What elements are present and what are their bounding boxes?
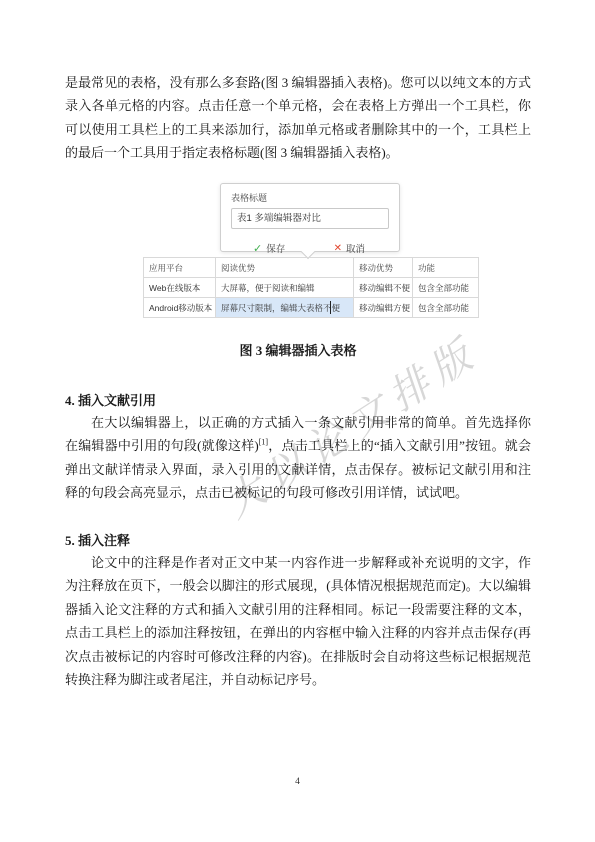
cancel-button-label: 取消 [346,241,365,255]
close-icon: ✕ [334,243,342,254]
section-heading-4: 4. 插入文献引用 [65,389,531,412]
table-cell[interactable]: 包含全部功能 [413,298,479,318]
table-cell-selected-text: 屏幕尺寸限制，编辑大表格不便 [221,303,340,313]
table-header-row: 应用平台 阅读优势 移动优势 功能 [144,258,479,278]
table-cell[interactable]: Android移动版本 [144,298,216,318]
section-4-paragraph: 在大以编辑器上，以正确的方式插入一条文献引用非常的简单。首先选择你在编辑器中引用… [65,411,531,505]
table-title-input-value: 表1 多端编辑器对比 [237,213,321,224]
table-header-cell[interactable]: 功能 [413,258,479,278]
section-5-paragraph: 论文中的注释是作者对正文中某一内容作进一步解释或补充说明的文字，作为注释放在页下… [65,551,531,691]
save-button-label: 保存 [266,241,285,255]
table-header-cell[interactable]: 移动优势 [354,258,413,278]
editor-table: 应用平台 阅读优势 移动优势 功能 Web在线版本 大屏幕，便于阅读和编辑 移动… [143,257,479,318]
table-cell[interactable]: 移动编辑不便 [354,278,413,298]
table-title-popup: 表格标题 表1 多端编辑器对比 ✓ 保存 ✕ 取消 [220,183,400,252]
document-page: 大以论文排版 是最常见的表格，没有那么多套路(图 3 编辑器插入表格)。您可以以… [0,0,595,842]
popup-label: 表格标题 [231,191,389,204]
check-icon: ✓ [253,242,262,255]
citation-marker: [1] [259,438,268,447]
table-row: Web在线版本 大屏幕，便于阅读和编辑 移动编辑不便 包含全部功能 [144,278,479,298]
page-number: 4 [0,777,595,787]
table-header-cell[interactable]: 阅读优势 [216,258,354,278]
table-title-input[interactable]: 表1 多端编辑器对比 [231,208,389,229]
body-paragraph-1: 是最常见的表格，没有那么多套路(图 3 编辑器插入表格)。您可以以纯文本的方式录… [65,71,531,165]
figure-caption: 图 3 编辑器插入表格 [65,339,531,362]
save-button[interactable]: ✓ 保存 [253,241,285,255]
table-cell[interactable]: Web在线版本 [144,278,216,298]
table-row: Android移动版本 屏幕尺寸限制，编辑大表格不便 移动编辑方便 包含全部功能 [144,298,479,318]
text-cursor [330,301,331,314]
table-cell[interactable]: 包含全部功能 [413,278,479,298]
section-heading-5: 5. 插入注释 [65,529,531,552]
cancel-button[interactable]: ✕ 取消 [334,241,365,255]
table-cell[interactable]: 大屏幕，便于阅读和编辑 [216,278,354,298]
table-cell[interactable]: 移动编辑方便 [354,298,413,318]
table-header-cell[interactable]: 应用平台 [144,258,216,278]
table-cell-selected[interactable]: 屏幕尺寸限制，编辑大表格不便 [216,298,354,318]
